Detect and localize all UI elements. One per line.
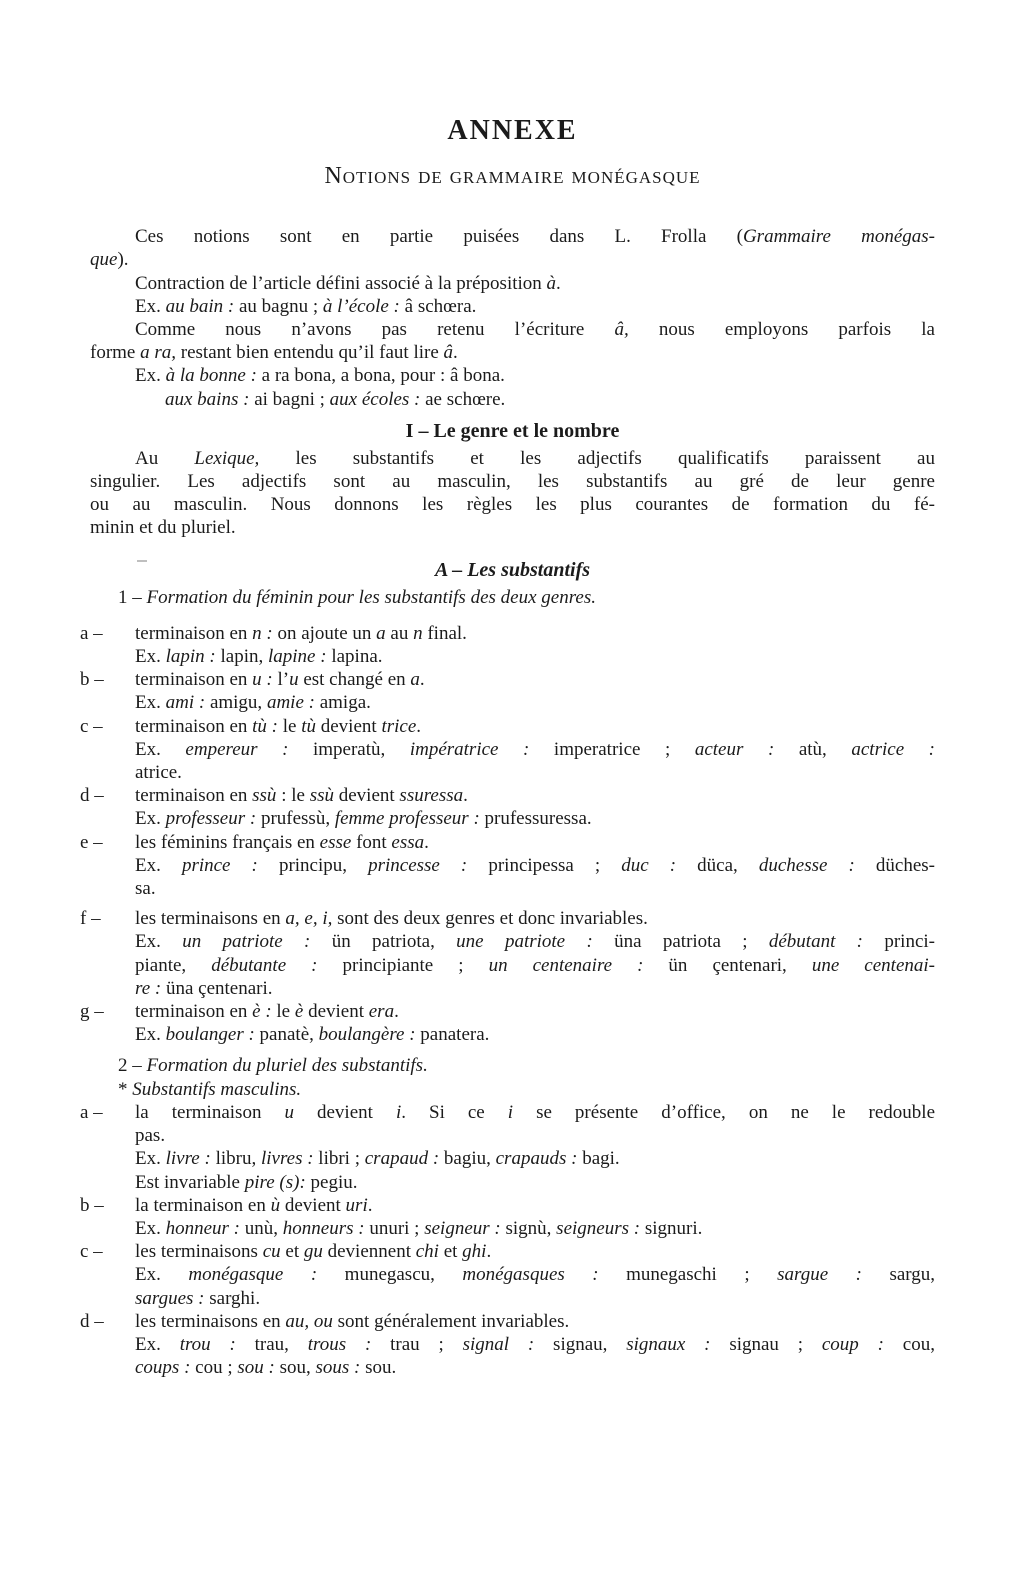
list-marker: d – [80, 784, 104, 807]
list-marker: f – [80, 907, 101, 930]
text-line: 1 – Formation du féminin pour les substa… [90, 586, 935, 609]
list-line: e –les féminins français en esse font es… [135, 831, 935, 854]
list-line: sa. [135, 877, 935, 900]
list-line: Ex. prince : principu, princesse : princ… [135, 854, 935, 877]
page-subtitle: Notions de grammaire monégasque [90, 163, 935, 189]
list-marker: b – [80, 668, 104, 691]
list-marker: c – [80, 715, 103, 738]
list-line: Ex. trou : trau, trous : trau ; signal :… [135, 1333, 935, 1356]
scan-artifact [137, 560, 147, 562]
list-line: Ex. boulanger : panatè, boulangère : pan… [135, 1023, 935, 1046]
text-line: que). [90, 248, 935, 271]
list-marker: a – [80, 622, 103, 645]
text-line: Au Lexique, les substantifs et les adjec… [90, 447, 935, 470]
list-line: coups : cou ; sou : sou, sous : sou. [135, 1356, 935, 1379]
list-line: Ex. lapin : lapin, lapine : lapina. [135, 645, 935, 668]
page-title: ANNEXE [90, 116, 935, 147]
list-line: atrice. [135, 761, 935, 784]
document-body: Ces notions sont en partie puisées dans … [90, 225, 935, 1379]
list-line: g –terminaison en è : le è devient era. [135, 1000, 935, 1023]
text-line: singulier. Les adjectifs sont au masculi… [90, 470, 935, 493]
text-line: Ex. à la bonne : a ra bona, a bona, pour… [90, 364, 935, 387]
text-line: forme a ra, restant bien entendu qu’il f… [90, 341, 935, 364]
text-line: Ces notions sont en partie puisées dans … [90, 225, 935, 248]
list-marker: d – [80, 1310, 104, 1333]
list-line: c –terminaison en tù : le tù devient tri… [135, 715, 935, 738]
text-line: 2 – Formation du pluriel des substantifs… [90, 1054, 935, 1077]
list-line: pas. [135, 1124, 935, 1147]
list-marker: a – [80, 1101, 103, 1124]
text-line: ou au masculin. Nous donnons les règles … [90, 493, 935, 516]
text-line: Contraction de l’article défini associé … [90, 272, 935, 295]
list-line: d –terminaison en ssù : le ssù devient s… [135, 784, 935, 807]
list-line: re : üna çentenari. [135, 977, 935, 1000]
text-line: * Substantifs masculins. [90, 1078, 935, 1101]
list-line: sargues : sarghi. [135, 1287, 935, 1310]
document-page: ANNEXE Notions de grammaire monégasque C… [0, 0, 1024, 1569]
list-marker: g – [80, 1000, 104, 1023]
list-line: b –terminaison en u : l’u est changé en … [135, 668, 935, 691]
list-marker: e – [80, 831, 103, 854]
list-line: Est invariable pire (s): pegiu. [135, 1171, 935, 1194]
list-line: piante, débutante : principiante ; un ce… [135, 954, 935, 977]
list-marker: b – [80, 1194, 104, 1217]
text-line: aux bains : ai bagni ; aux écoles : ae s… [90, 388, 935, 411]
list-marker: c – [80, 1240, 103, 1263]
list-line: d –les terminaisons en au, ou sont génér… [135, 1310, 935, 1333]
section-heading: A – Les substantifs [90, 558, 935, 582]
list-line: Ex. honneur : unù, honneurs : unuri ; se… [135, 1217, 935, 1240]
text-line: minin et du pluriel. [90, 516, 935, 539]
list-line: a –terminaison en n : on ajoute un a au … [135, 622, 935, 645]
list-line: Ex. monégasque : munegascu, monégasques … [135, 1263, 935, 1286]
text-line: Ex. au bain : au bagnu ; à l’école : â s… [90, 295, 935, 318]
list-line: Ex. professeur : prufessù, femme profess… [135, 807, 935, 830]
list-line: Ex. ami : amigu, amie : amiga. [135, 691, 935, 714]
list-line: f –les terminaisons en a, e, i, sont des… [135, 907, 935, 930]
list-line: Ex. livre : libru, livres : libri ; crap… [135, 1147, 935, 1170]
list-line: c –les terminaisons cu et gu deviennent … [135, 1240, 935, 1263]
text-line: Comme nous n’avons pas retenu l’écriture… [90, 318, 935, 341]
section-heading: I – Le genre et le nombre [90, 419, 935, 443]
list-line: Ex. un patriote : ün patriota, une patri… [135, 930, 935, 953]
list-line: a –la terminaison u devient i. Si ce i s… [135, 1101, 935, 1124]
list-line: b –la terminaison en ù devient uri. [135, 1194, 935, 1217]
list-line: Ex. empereur : imperatù, impératrice : i… [135, 738, 935, 761]
